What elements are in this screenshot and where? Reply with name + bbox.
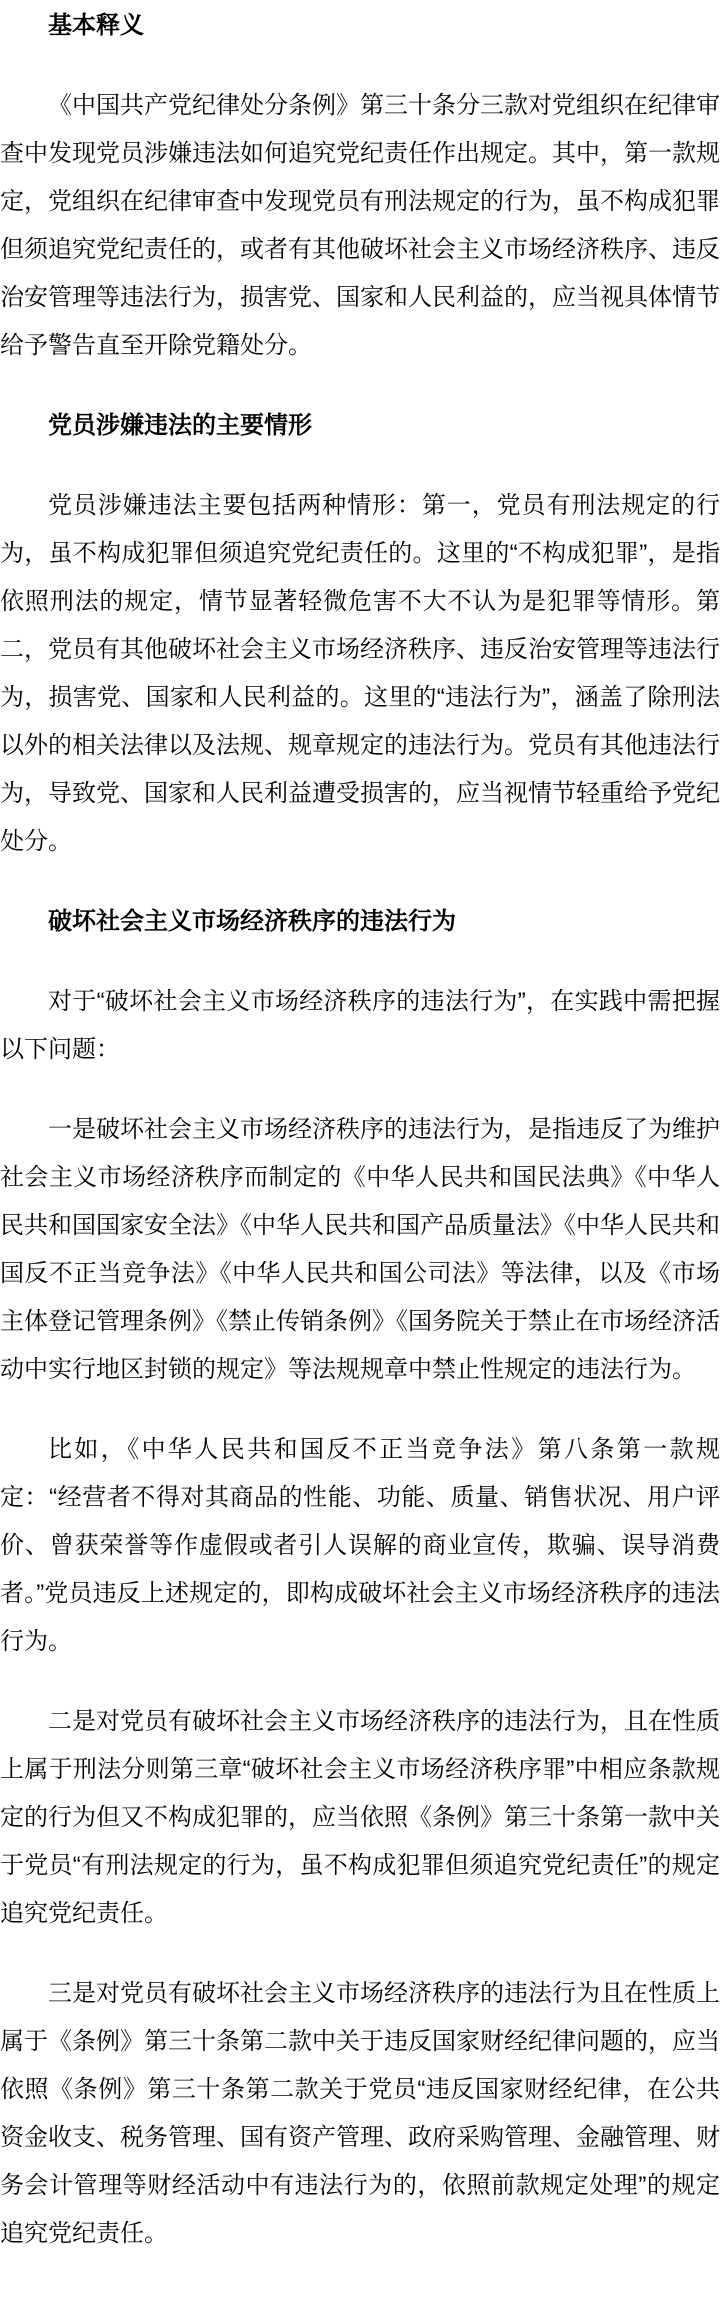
section-heading-market-economy-violations: 破坏社会主义市场经济秩序的违法行为	[0, 898, 720, 946]
paragraph: 三是对党员有破坏社会主义市场经济秩序的违法行为且在性质上属于《条例》第三十条第二…	[0, 1970, 720, 2258]
paragraph: 二是对党员有破坏社会主义市场经济秩序的违法行为，且在性质上属于刑法分则第三章“破…	[0, 1698, 720, 1938]
document-page: 基本释义 《中国共产党纪律处分条例》第三十条分三款对党组织在纪律审查中发现党员涉…	[0, 0, 720, 2319]
paragraph: 对于“破坏社会主义市场经济秩序的违法行为”，在实践中需把握以下问题：	[0, 978, 720, 1074]
paragraph: 《中国共产党纪律处分条例》第三十条分三款对党组织在纪律审查中发现党员涉嫌违法如何…	[0, 82, 720, 370]
section-heading-basic-interpretation: 基本释义	[0, 2, 720, 50]
paragraph: 比如，《中华人民共和国反不正当竞争法》第八条第一款规定：“经营者不得对其商品的性…	[0, 1426, 720, 1666]
paragraph: 一是破坏社会主义市场经济秩序的违法行为，是指违反了为维护社会主义市场经济秩序而制…	[0, 1106, 720, 1394]
section-heading-main-situations: 党员涉嫌违法的主要情形	[0, 402, 720, 450]
paragraph: 党员涉嫌违法主要包括两种情形：第一，党员有刑法规定的行为，虽不构成犯罪但须追究党…	[0, 482, 720, 866]
